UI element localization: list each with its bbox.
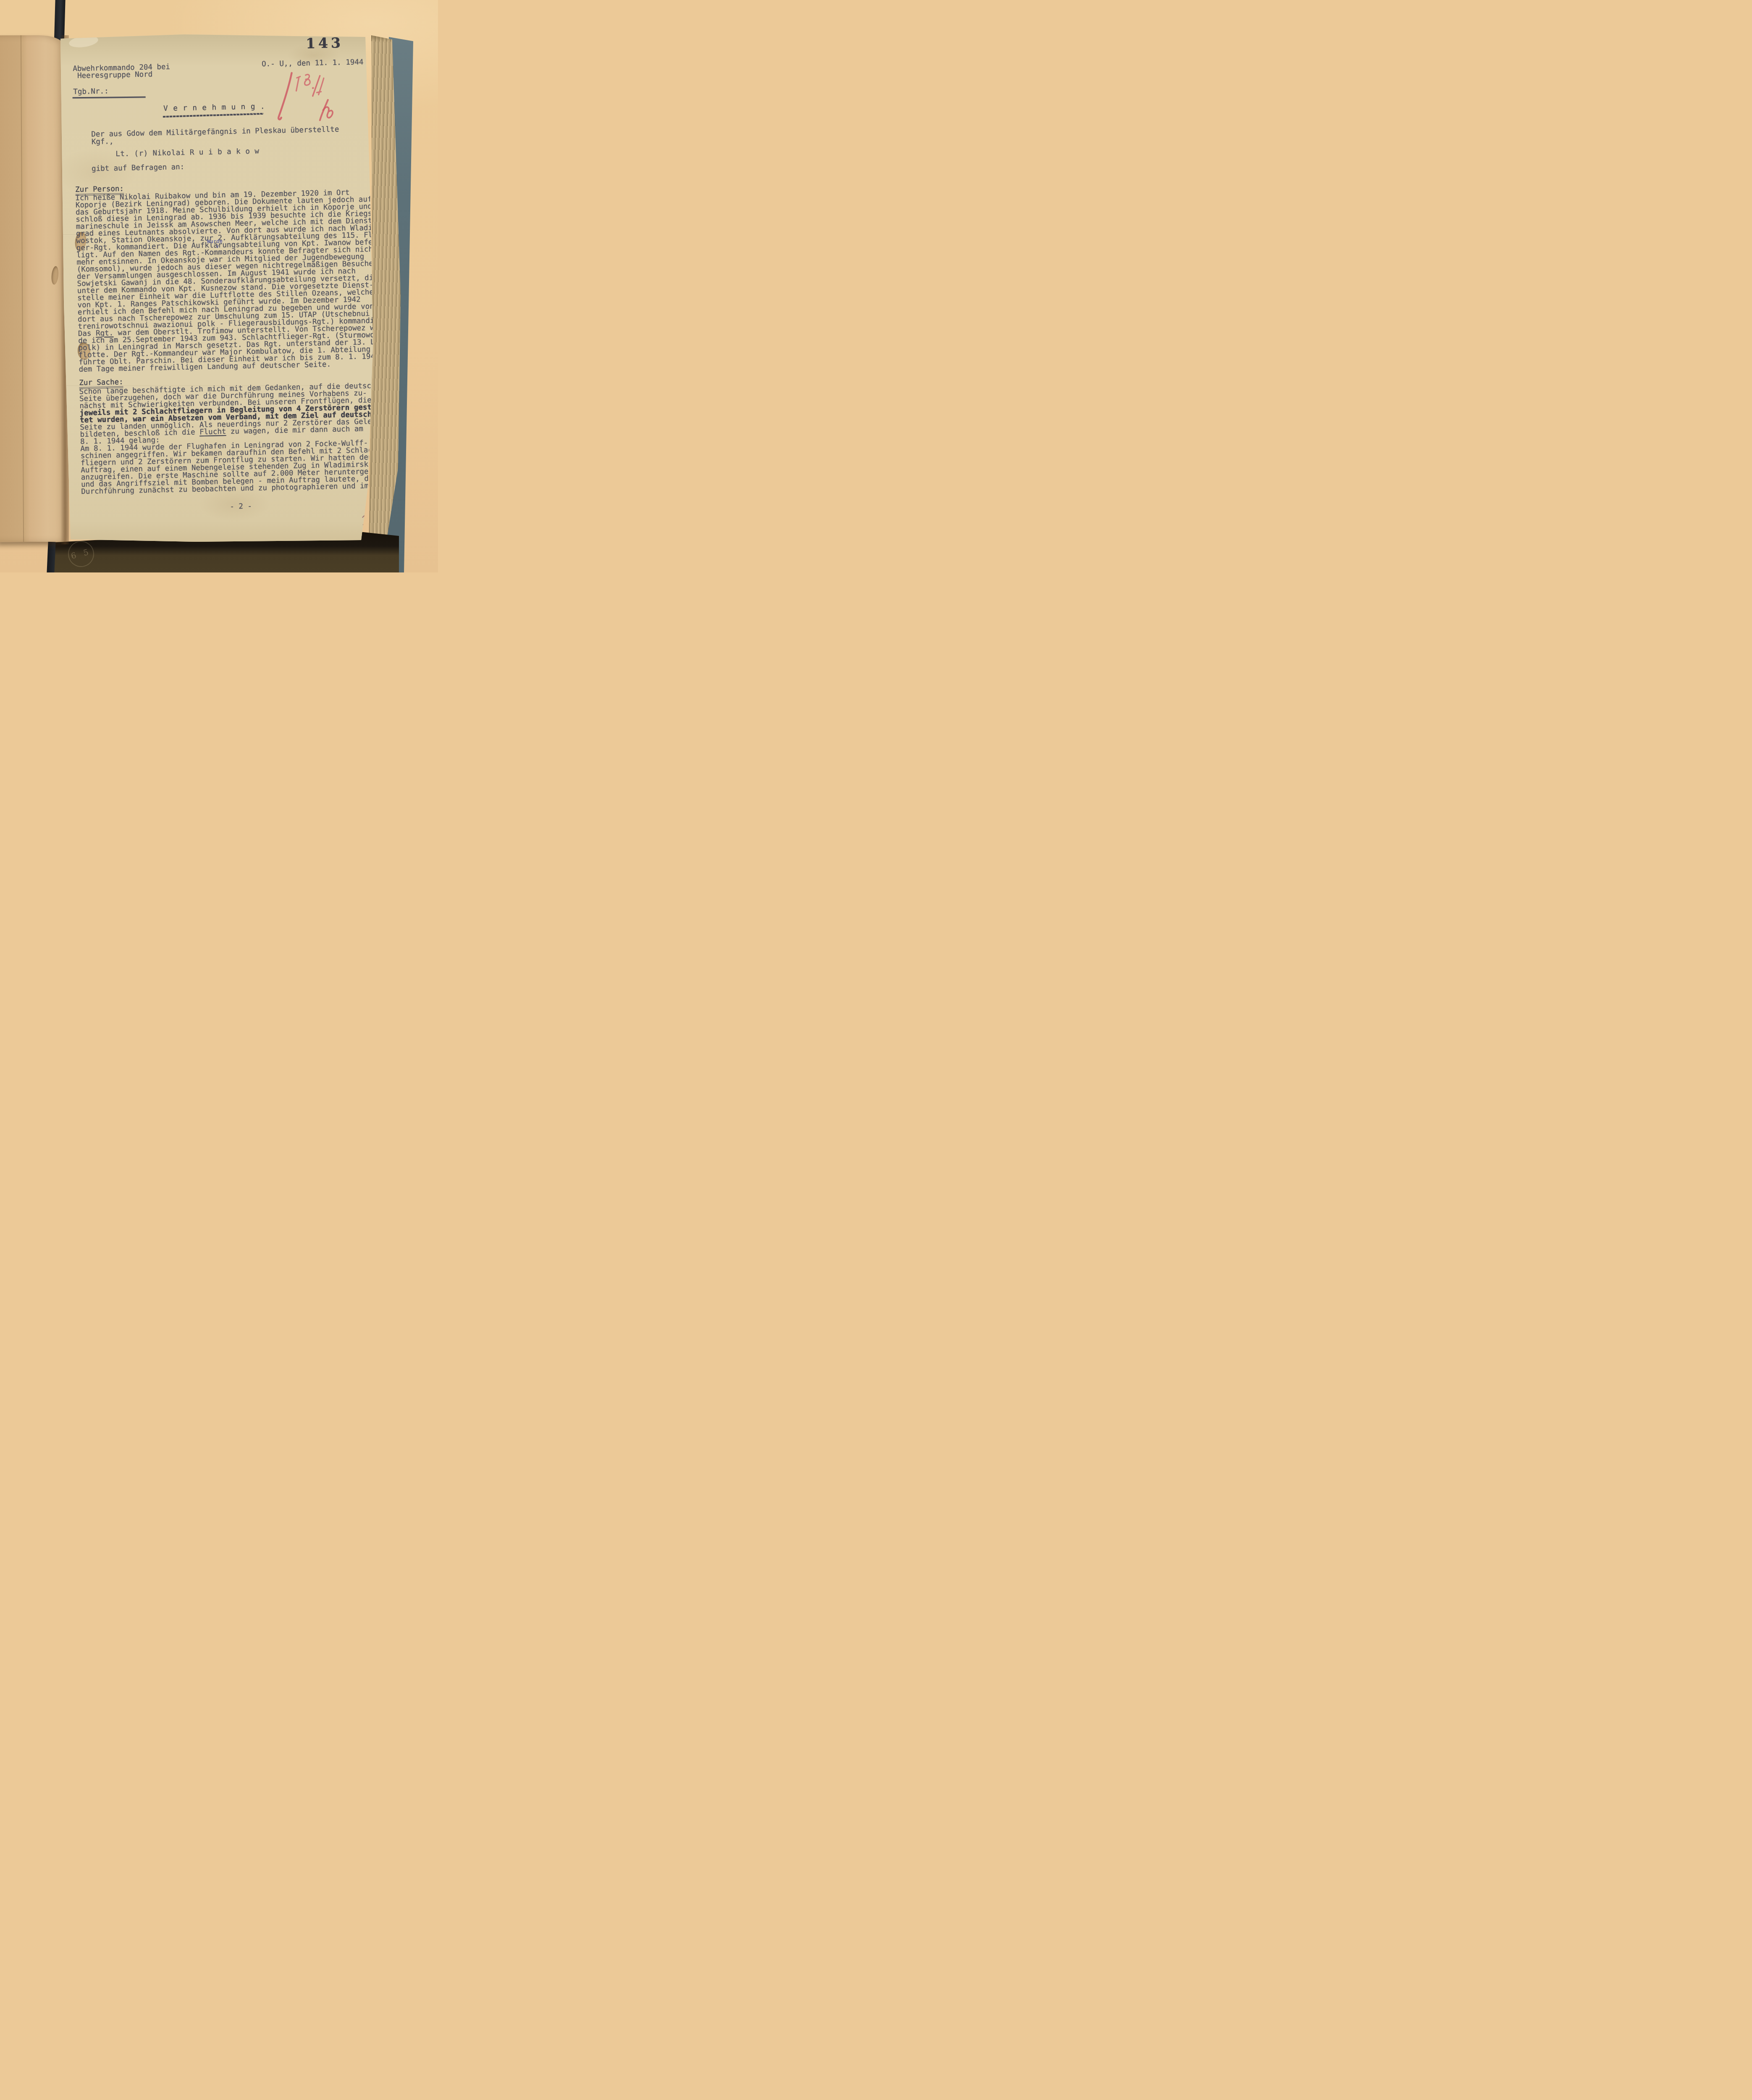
- left-blank-page: [0, 35, 66, 542]
- diary-number-blank-line: [73, 96, 146, 98]
- title-underline: [163, 113, 264, 118]
- unit-line-2: Heeresgruppe Nord: [73, 71, 152, 80]
- prisoner-name-line: Lt. (r) Nikolai R u i b a k o w: [115, 148, 259, 158]
- archive-page-number-stamp: 143: [306, 39, 344, 47]
- document-title: V e r n e h m u n g .: [163, 103, 265, 113]
- page-footer-number: - 2 -: [230, 503, 252, 511]
- bookmark-ribbon-bottom: [47, 542, 55, 572]
- left-page-edge-line: [21, 35, 24, 542]
- under-page-stamp: 6 5: [65, 538, 97, 570]
- section-person-body: Ich heiße Nikolai Ruibakow und bin am 19…: [75, 189, 393, 373]
- red-pencil-annotation: [273, 66, 347, 128]
- left-page-punch-hole: [51, 266, 59, 285]
- diary-number-label: Tgb.Nr.:: [73, 88, 109, 96]
- intro-line-3: gibt auf Befragen an:: [92, 164, 185, 173]
- inserted-word: Wurde: [207, 238, 223, 245]
- scanned-book-photo: 6 5 143 Abwehrkommando 204 bei Heeresgru…: [0, 0, 438, 572]
- intro-line-2: Kgf.,: [92, 138, 114, 146]
- typewritten-content: 143 Abwehrkommando 204 bei Heeresgruppe …: [57, 28, 383, 542]
- section-sache-body: Schon lange beschäftigte ich mich mit de…: [79, 382, 387, 496]
- intro-line-1: Der aus Gdow dem Militärgefängnis in Ple…: [91, 126, 339, 138]
- document-page: 143 Abwehrkommando 204 bei Heeresgruppe …: [58, 34, 374, 542]
